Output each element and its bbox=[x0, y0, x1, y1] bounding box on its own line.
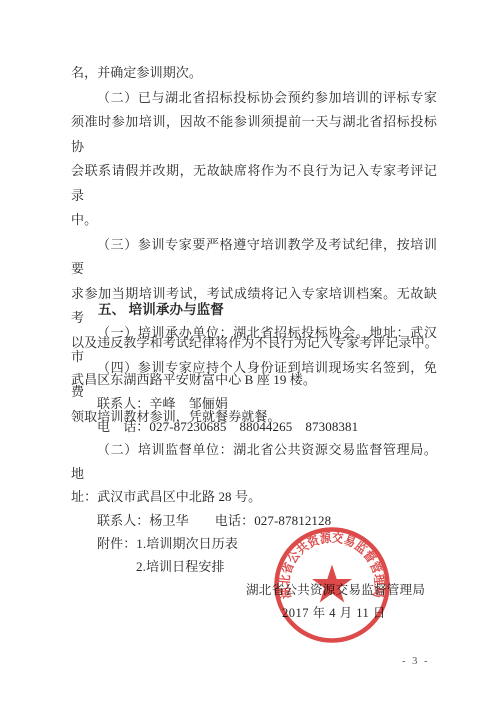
phone-line: 电 话：027-87230685 88044265 87308381 bbox=[71, 415, 437, 438]
doc-line: 名，并确定参训期次。 bbox=[71, 61, 437, 86]
attachment-line: 2.培训日程安排 bbox=[71, 555, 437, 578]
doc-line: 会联系请假并改期，无故缺席将作为不良行为记入专家考评记录 bbox=[71, 159, 437, 208]
document-page: 名，并确定参训期次。 （二）已与湖北省招标投标协会预约参加培训的评标专家 须准时… bbox=[0, 0, 500, 707]
doc-line: 中。 bbox=[71, 208, 437, 233]
doc-line: 址：武汉市武昌区中北路 28 号。 bbox=[71, 485, 437, 508]
doc-line: 须准时参加培训，因故不能参训须提前一天与湖北省招标投标协 bbox=[71, 110, 437, 159]
page-number: - 3 - bbox=[402, 656, 430, 667]
contact-line: 联系人：杨卫华 电话：027-87812128 bbox=[71, 509, 437, 532]
doc-line: 武昌区东湖西路平安财富中心 B 座 19 楼。 bbox=[71, 368, 437, 391]
doc-line: （二）已与湖北省招标投标协会预约参加培训的评标专家 bbox=[71, 86, 437, 111]
doc-line: （三）参训专家要严格遵守培训教学及考试纪律，按培训要 bbox=[71, 233, 437, 282]
issuing-authority: 湖北省公共资源交易监督管理局 bbox=[246, 579, 425, 598]
contact-line: 联系人：辛峰 邹俪娟 bbox=[71, 392, 437, 415]
attachment-line: 附件：1.培训期次日历表 bbox=[71, 532, 437, 555]
body-text-lower: 五、 培训承办与监督 （一）培训承办单位：湖北省招标投标协会。地址：武汉市 武昌… bbox=[71, 298, 437, 579]
doc-line: （一）培训承办单位：湖北省招标投标协会。地址：武汉市 bbox=[71, 321, 437, 368]
section-heading: 五、 培训承办与监督 bbox=[71, 298, 437, 321]
issue-date: 2017 年 4 月 11 日 bbox=[282, 603, 386, 621]
doc-line: （二）培训监督单位：湖北省公共资源交易监督管理局。地 bbox=[71, 438, 437, 485]
